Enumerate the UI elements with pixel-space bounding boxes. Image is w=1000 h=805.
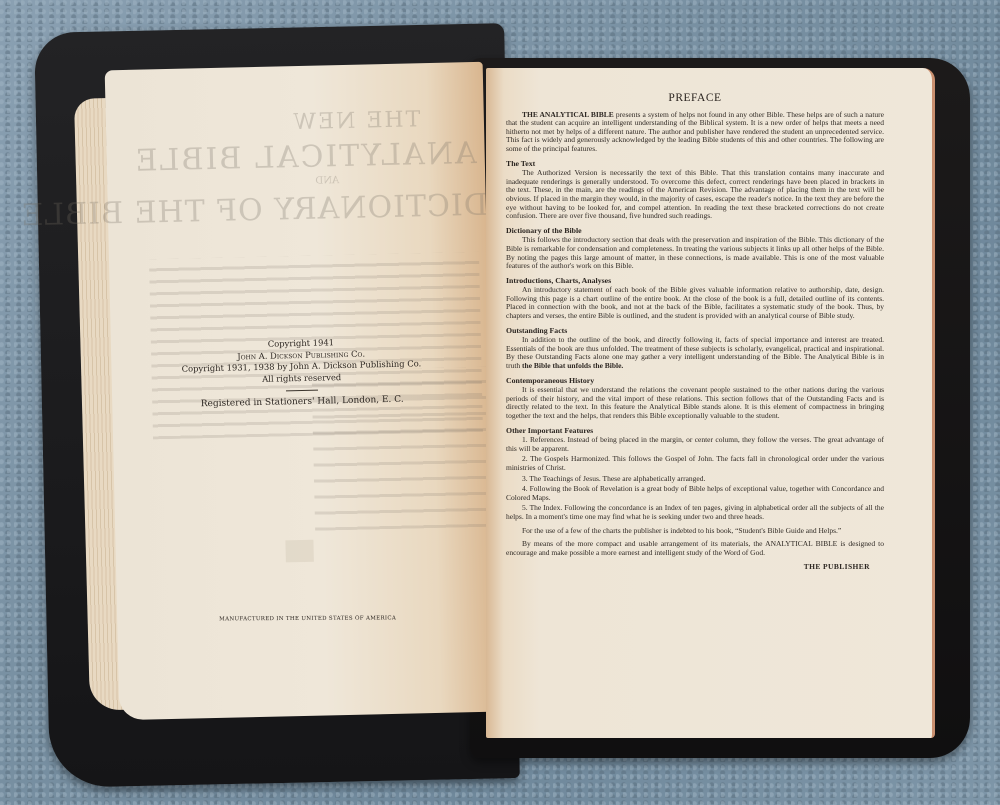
- section-body: The Authorized Version is necessarily th…: [506, 169, 884, 221]
- section-heading: Other Important Features: [506, 427, 884, 436]
- section-body: An introductory statement of each book o…: [506, 286, 884, 320]
- feature-item: 4. Following the Book of Revelation is a…: [506, 485, 884, 502]
- section-heading: Outstanding Facts: [506, 327, 884, 336]
- feature-item: 5. The Index. Following the concordance …: [506, 504, 884, 521]
- preface-title: PREFACE: [506, 94, 884, 103]
- left-page: THE NEW ANALYTICAL BIBLE AND DICTIONARY …: [105, 62, 498, 720]
- section-heading: Dictionary of the Bible: [506, 227, 884, 236]
- preface-intro: THE ANALYTICAL BIBLE presents a system o…: [506, 111, 884, 154]
- feature-item: 2. The Gospels Harmonized. This follows …: [506, 455, 884, 472]
- preface: PREFACE THE ANALYTICAL BIBLE presents a …: [506, 94, 884, 572]
- section-body: In addition to the outline of the book, …: [506, 336, 884, 370]
- divider: [286, 390, 318, 392]
- show-through-emblem: [285, 540, 313, 563]
- copyright-block: Copyright 1941 John A. Dickson Publishin…: [171, 335, 433, 411]
- signature: THE PUBLISHER: [506, 563, 884, 572]
- feature-item: 1. References. Instead of being placed i…: [506, 436, 884, 453]
- show-through-title-line: THE NEW: [226, 106, 487, 137]
- section-heading: The Text: [506, 160, 884, 169]
- feature-item: 3. The Teachings of Jesus. These are alp…: [506, 475, 884, 484]
- show-through-title-line: ANALYTICAL BIBLE: [176, 136, 477, 178]
- section-heading: Introductions, Charts, Analyses: [506, 277, 884, 286]
- section-body: It is essential that we understand the r…: [506, 386, 884, 420]
- section-emphasis: the Bible that unfolds the Bible.: [522, 361, 623, 370]
- manufactured-footer: MANUFACTURED IN THE UNITED STATES OF AME…: [219, 615, 396, 622]
- closing-paragraph: By means of the more compact and usable …: [506, 540, 884, 557]
- section-body: This follows the introductory section th…: [506, 236, 884, 270]
- show-through-title-line: DICTIONARY OF THE BIBLE: [148, 188, 489, 231]
- closing-paragraph: For the use of a few of the charts the p…: [506, 527, 884, 536]
- section-heading: Contemporaneous History: [506, 377, 884, 386]
